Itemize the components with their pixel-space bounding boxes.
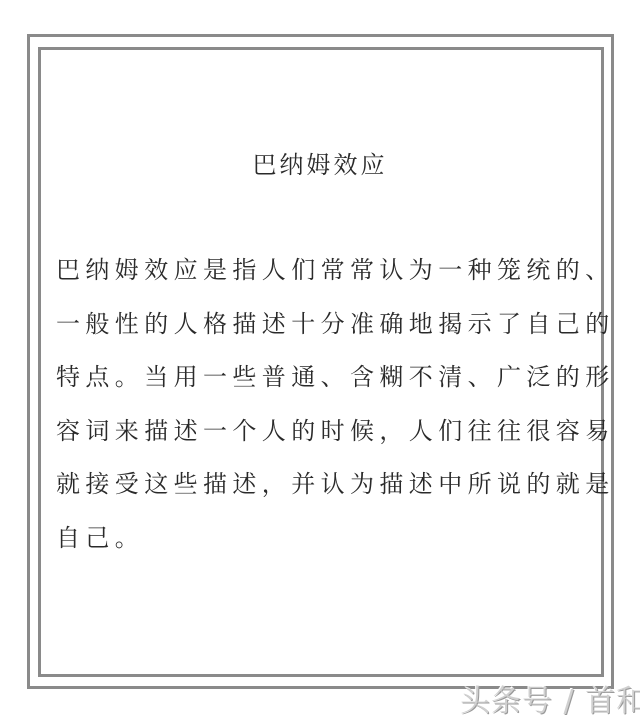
paragraph-line: 就接受这些描述，并认为描述中所说的就是 [56,464,596,518]
paragraph-line: 自己。 [56,518,596,572]
paragraph-line: 一般性的人格描述十分准确地揭示了自己的 [56,304,596,358]
paragraph-line: 巴纳姆效应是指人们常常认为一种笼统的、 [56,250,596,304]
watermark: 头条号 / 首和 [460,683,640,721]
document-title: 巴纳姆效应 [0,150,640,180]
document-body: 巴纳姆效应是指人们常常认为一种笼统的、 一般性的人格描述十分准确地揭示了自己的 … [56,250,596,571]
paragraph-line: 特点。当用一些普通、含糊不清、广泛的形 [56,357,596,411]
paragraph-line: 容词来描述一个人的时候，人们往往很容易 [56,411,596,465]
